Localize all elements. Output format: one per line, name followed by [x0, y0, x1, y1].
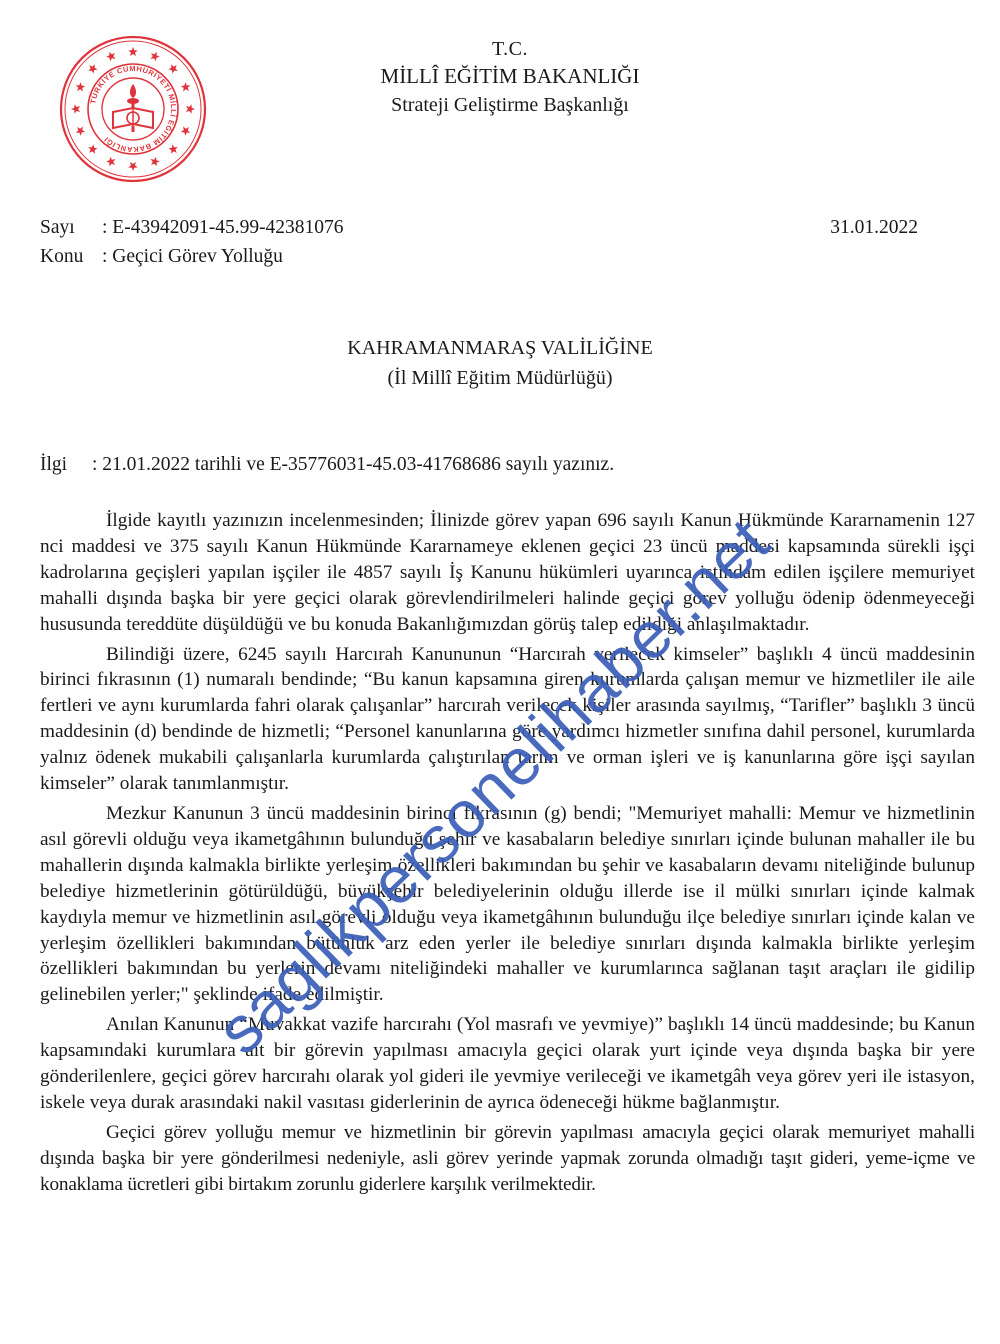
document-date: 31.01.2022: [830, 215, 918, 241]
sayi-value: : E-43942091-45.99-42381076: [102, 217, 344, 238]
document-page: TÜRKİYE CUMHURİYETİ MİLLÎ EĞİTİM BAKANLI…: [0, 0, 1000, 1344]
subject: Konu: Geçici Görev Yolluğu: [40, 244, 283, 270]
letter-body: İlgide kayıtlı yazınızın incelenmesinden…: [40, 508, 975, 1202]
paragraph: Mezkur Kanunun 3 üncü maddesinin birinci…: [40, 801, 975, 1008]
paragraph: Bilindiği üzere, 6245 sayılı Harcırah Ka…: [40, 642, 975, 797]
paragraph: Anılan Kanunun “Muvakkat vazife harcırah…: [40, 1012, 975, 1116]
ilgi-value: : 21.01.2022 tarihli ve E-35776031-45.03…: [92, 454, 614, 475]
sayi-label: Sayı: [40, 215, 102, 241]
reference-number: Sayı: E-43942091-45.99-42381076: [40, 215, 344, 241]
ministry-seal-icon: TÜRKİYE CUMHURİYETİ MİLLÎ EĞİTİM BAKANLI…: [58, 34, 208, 184]
addressee-sub: (İl Millî Eğitim Müdürlüğü): [0, 363, 1000, 393]
ilgi-label: İlgi: [40, 452, 92, 478]
letterhead-tc: T.C.: [300, 36, 720, 62]
addressee-main: KAHRAMANMARAŞ VALİLİĞİNE: [0, 333, 1000, 363]
letterhead: T.C. MİLLÎ EĞİTİM BAKANLIĞI Strateji Gel…: [300, 36, 720, 119]
related-reference: İlgi: 21.01.2022 tarihli ve E-35776031-4…: [40, 452, 614, 478]
addressee: KAHRAMANMARAŞ VALİLİĞİNE (İl Millî Eğiti…: [0, 333, 1000, 393]
letterhead-department: Strateji Geliştirme Başkanlığı: [300, 91, 720, 119]
paragraph: Geçici görev yolluğu memur ve hizmetlini…: [40, 1120, 975, 1198]
konu-label: Konu: [40, 244, 102, 270]
letterhead-ministry: MİLLÎ EĞİTİM BAKANLIĞI: [300, 62, 720, 91]
paragraph: İlgide kayıtlı yazınızın incelenmesinden…: [40, 508, 975, 638]
konu-value: : Geçici Görev Yolluğu: [102, 246, 283, 267]
